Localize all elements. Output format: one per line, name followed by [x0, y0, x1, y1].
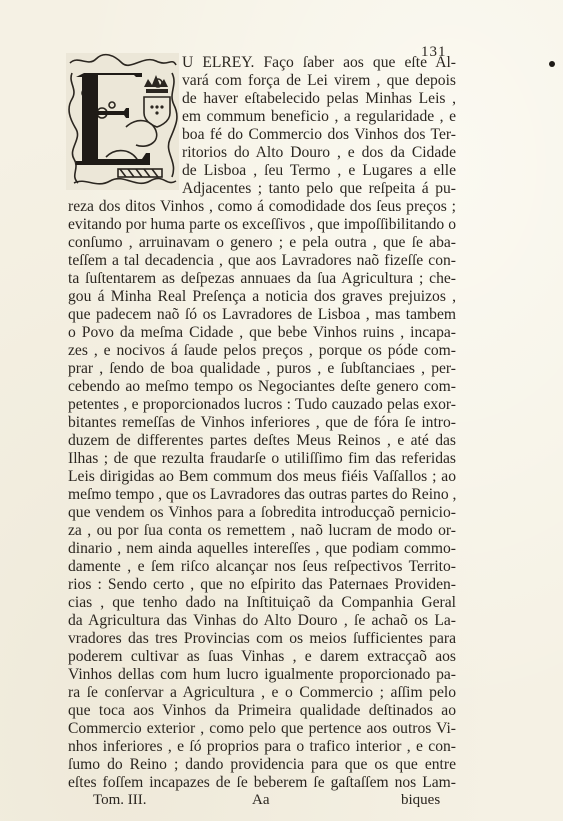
text-line: rios : Sendo certo , que no eſpirito das… — [68, 576, 456, 594]
document-page: 131 U ELREY. Faço ſaber aos que eſte Al — [0, 0, 563, 821]
text-line: que toca aos Vinhos da Primeira qualidad… — [68, 702, 456, 720]
text-line: cebendo ao meſmo tempo os Negociantes de… — [68, 378, 456, 396]
text-line: que padecem naõ ſó os Lavradores de Lisb… — [68, 306, 456, 324]
decorated-initial-e-icon — [66, 53, 179, 190]
text-line: prar , ſendo de boa qualidade , puros , … — [68, 360, 456, 378]
text-line: o Povo da meſma Cidade , que bebe Vinhos… — [68, 324, 456, 342]
text-line: da Agricultura das Vinhas do Alto Douro … — [68, 612, 456, 630]
text-line: Ilhas ; de que rezulta fraudarſe o utili… — [68, 450, 456, 468]
text-line: ra ſe conſervar a Agricultura , e o Comm… — [68, 684, 456, 702]
text-line: conſumo , arruinavam o genero ; e pela o… — [68, 234, 456, 252]
catchword: biques — [401, 792, 440, 809]
text-line: Leis dirigidas ao Bem commum dos meus fi… — [68, 468, 456, 486]
volume-label: Tom. III. — [93, 792, 147, 809]
margin-dot — [549, 61, 555, 67]
text-line: em commum beneficio , a regularidade , e — [182, 108, 456, 126]
text-line: boa fé do Commercio dos Vinhos dos Ter- — [182, 126, 456, 144]
text-line: evitando por huma parte os exceſſivos , … — [68, 216, 456, 234]
text-line: de haver eſtabelecido pelas Minhas Leis … — [182, 90, 456, 108]
text-line: ritorios do Alto Douro , e dos da Cidade — [182, 144, 456, 162]
text-line: vradores das tres Provincias com os meio… — [68, 630, 456, 648]
text-line: meſmo tempo , que os Lavradores das outr… — [68, 486, 456, 504]
text-line: poderem cultivar as ſuas Vinhas , e dare… — [68, 648, 456, 666]
text-line: nhos inferiores , e ſó proprios para o t… — [68, 738, 456, 756]
text-line: dinario , nem ainda aquelles intereſſes … — [68, 540, 456, 558]
text-line: gou á Minha Real Preſença a noticia dos … — [68, 288, 456, 306]
text-line: Commercio exterior , como pelo que perte… — [68, 720, 456, 738]
signature-mark: Aa — [252, 792, 270, 809]
text-line: ſumo do Reino ; dando providencia para q… — [68, 756, 456, 774]
text-line: ta ſuſtentarem as deſpezas annuaes da ſu… — [68, 270, 456, 288]
text-line: Vinhos dellas com hum lucro igualmente p… — [68, 666, 456, 684]
text-line: que vendem os Vinhos para a ſobredita in… — [68, 504, 456, 522]
text-line: za , ou por ſua conta os remettem , naõ … — [68, 522, 456, 540]
text-line: damente , e ſem riſco alcançar nos ſeus … — [68, 558, 456, 576]
text-line: U ELREY. Faço ſaber aos que eſte Al- — [182, 54, 456, 72]
text-line: Adjacentes ; tanto pelo que reſpeita á p… — [182, 180, 456, 198]
text-line: zes , e nocivos á ſaude pelos preços , p… — [68, 342, 456, 360]
text-line: petentes , e proporcionados lucros : Tud… — [68, 396, 456, 414]
text-line: de Lisboa , ſeu Termo , e Lugares a elle — [182, 162, 456, 180]
text-line: eſtes foſſem incapazes de ſe beberem ſe … — [68, 774, 456, 792]
text-line: duzem de differentes partes deſtes Meus … — [68, 432, 456, 450]
text-line: cias , que tenho dado na Inſtituiçaõ da … — [68, 594, 456, 612]
text-line: bitantes remeſſas de Vinhos inferiores ,… — [68, 414, 456, 432]
text-line: vará com força de Lei virem , que depois — [182, 72, 456, 90]
text-line: reza dos ditos Vinhos , como á comodidad… — [68, 198, 456, 216]
text-line: teſſem a tal decadencia , que aos Lavrad… — [68, 252, 456, 270]
